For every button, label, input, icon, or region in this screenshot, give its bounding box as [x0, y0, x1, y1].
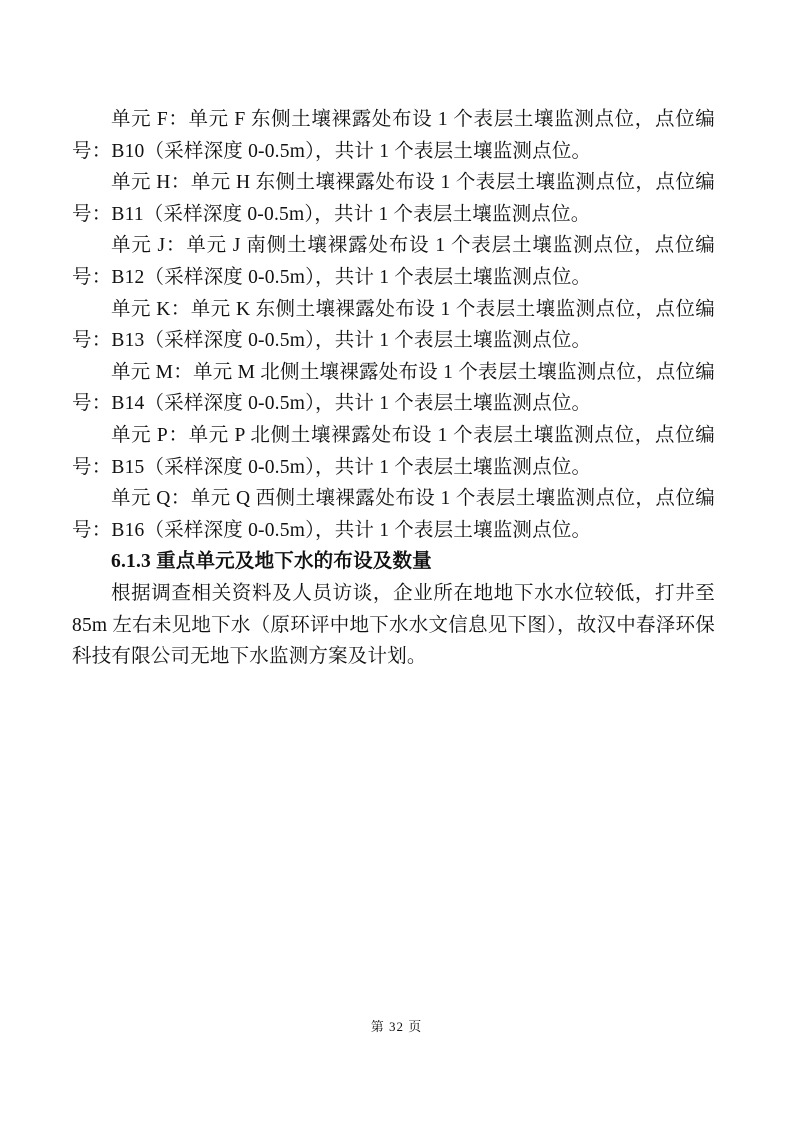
unit-paragraph-k: 单元 K：单元 K 东侧土壤裸露处布设 1 个表层土壤监测点位，点位编号：B13…	[72, 294, 715, 357]
unit-paragraph-j: 单元 J：单元 J 南侧土壤裸露处布设 1 个表层土壤监测点位，点位编号：B12…	[72, 230, 715, 293]
page-footer: 第 32 页	[0, 1018, 793, 1036]
section-heading-6-1-3: 6.1.3 重点单元及地下水的布设及数量	[72, 546, 715, 578]
unit-paragraph-m: 单元 M：单元 M 北侧土壤裸露处布设 1 个表层土壤监测点位，点位编号：B14…	[72, 357, 715, 420]
groundwater-paragraph: 根据调查相关资料及人员访谈，企业所在地地下水水位较低，打井至 85m 左右未见地…	[72, 578, 715, 673]
unit-paragraph-q: 单元 Q：单元 Q 西侧土壤裸露处布设 1 个表层土壤监测点位，点位编号：B16…	[72, 483, 715, 546]
unit-paragraph-f: 单元 F：单元 F 东侧土壤裸露处布设 1 个表层土壤监测点位，点位编号：B10…	[72, 104, 715, 167]
document-body: 单元 F：单元 F 东侧土壤裸露处布设 1 个表层土壤监测点位，点位编号：B10…	[72, 104, 715, 673]
unit-paragraph-h: 单元 H：单元 H 东侧土壤裸露处布设 1 个表层土壤监测点位，点位编号：B11…	[72, 167, 715, 230]
page-number: 第 32 页	[371, 1019, 423, 1034]
unit-paragraph-p: 单元 P：单元 P 北侧土壤裸露处布设 1 个表层土壤监测点位，点位编号：B15…	[72, 420, 715, 483]
document-page: 单元 F：单元 F 东侧土壤裸露处布设 1 个表层土壤监测点位，点位编号：B10…	[0, 0, 793, 1122]
